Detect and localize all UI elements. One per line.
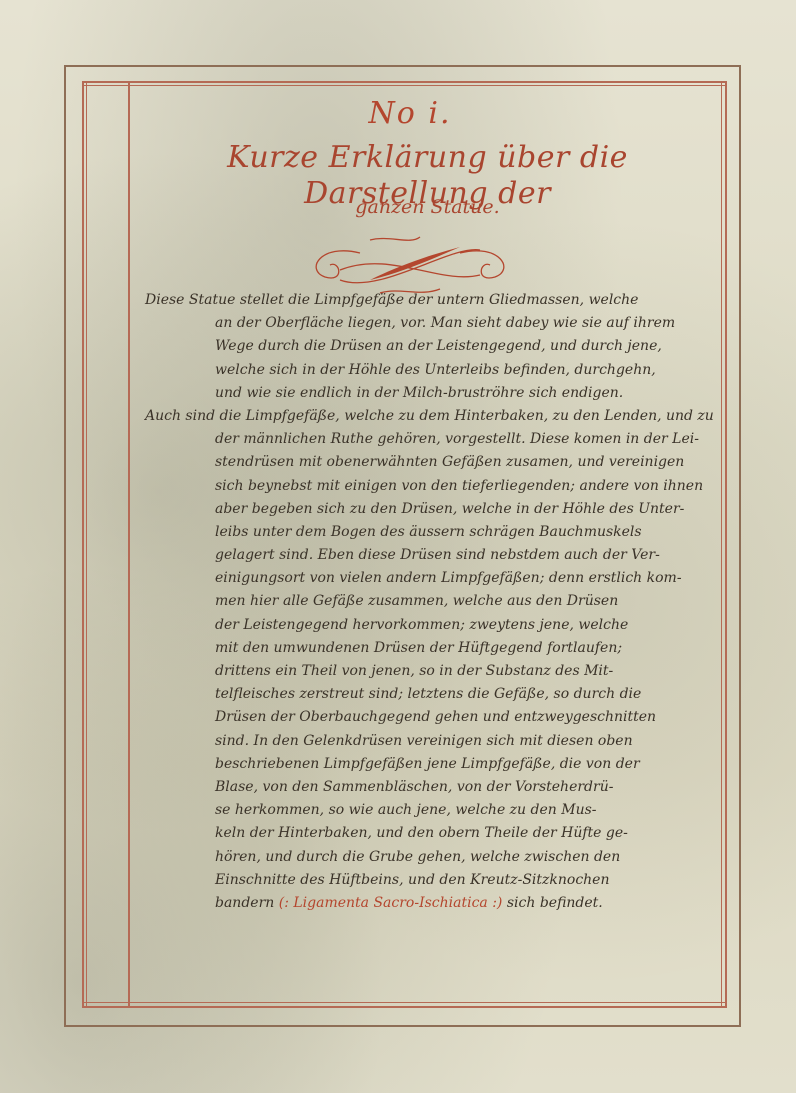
inner-frame-left — [82, 81, 84, 1008]
final-text-line: bandern (: Ligamenta Sacro-Ischiatica :)… — [145, 892, 730, 915]
text-line: mit den umwundenen Drüsen der Hüftgegend… — [145, 637, 730, 660]
text-line: Blase, von den Sammenbläschen, von der V… — [145, 776, 730, 799]
text-line: an der Oberfläche liegen, vor. Man sieht… — [145, 312, 730, 335]
text-line: Diese Statue stellet die Limpfgefäße der… — [145, 289, 730, 312]
text-line: der Leistengegend hervorkommen; zweytens… — [145, 614, 730, 637]
number-value: i. — [428, 96, 451, 131]
text-line: stendrüsen mit obenerwähnten Gefäßen zus… — [145, 451, 730, 474]
left-margin-rule — [128, 81, 130, 1006]
text-line: aber begeben sich zu den Drüsen, welche … — [145, 498, 730, 521]
number-label: No — [369, 96, 417, 131]
inner-frame-top — [82, 81, 727, 83]
text-line: der männlichen Ruthe gehören, vorgestell… — [145, 428, 730, 451]
text-line: keln der Hinterbaken, und den obern Thei… — [145, 822, 730, 845]
text-line: hören, und durch die Grube gehen, welche… — [145, 846, 730, 869]
text-line: telfleisches zerstreut sind; letztens di… — [145, 683, 730, 706]
text-line: welche sich in der Höhle des Unterleibs … — [145, 359, 730, 382]
text-line: sind. In den Gelenkdrüsen vereinigen sic… — [145, 730, 730, 753]
paragraph-2: Auch sind die Limpfgefäße, welche zu dem… — [145, 405, 730, 915]
text-line: se herkommen, so wie auch jene, welche z… — [145, 799, 730, 822]
latin-term: (: Ligamenta Sacro-Ischiatica :) — [279, 895, 503, 911]
inner-frame-left-2 — [86, 81, 87, 1008]
text-line: drittens ein Theil von jenen, so in der … — [145, 660, 730, 683]
text-line: Einschnitte des Hüftbeins, und den Kreut… — [145, 869, 730, 892]
text-before-latin: bandern — [215, 895, 279, 911]
text-line: gelagert sind. Eben diese Drüsen sind ne… — [145, 544, 730, 567]
text-line: und wie sie endlich in der Milch-bruströ… — [145, 382, 730, 405]
text-after-latin: sich befindet. — [502, 895, 602, 911]
outer-frame-bottom — [64, 1025, 741, 1027]
document-subtitle: ganzen Statue. — [135, 196, 720, 218]
text-line: Auch sind die Limpfgefäße, welche zu dem… — [145, 405, 730, 428]
text-line: sich beynebst mit einigen von den tiefer… — [145, 475, 730, 498]
text-line: leibs unter dem Bogen des äussern schräg… — [145, 521, 730, 544]
text-line: einigungsort von vielen andern Limpfgefä… — [145, 567, 730, 590]
paragraph-1: Diese Statue stellet die Limpfgefäße der… — [145, 289, 730, 405]
inner-frame-bottom-2 — [82, 1002, 727, 1003]
text-line: Drüsen der Oberbauchgegend gehen und ent… — [145, 706, 730, 729]
inner-frame-top-2 — [82, 85, 727, 86]
outer-frame-right — [739, 65, 741, 1027]
text-line: men hier alle Gefäße zusammen, welche au… — [145, 590, 730, 613]
document-number: No i. — [340, 96, 480, 131]
document-body: Diese Statue stellet die Limpfgefäße der… — [145, 289, 730, 915]
inner-frame-bottom — [82, 1006, 727, 1008]
text-line: beschriebenen Limpfgefäßen jene Limpfgef… — [145, 753, 730, 776]
text-line: Wege durch die Drüsen an der Leistengege… — [145, 335, 730, 358]
outer-frame-top — [64, 65, 741, 67]
outer-frame-left — [64, 65, 66, 1027]
